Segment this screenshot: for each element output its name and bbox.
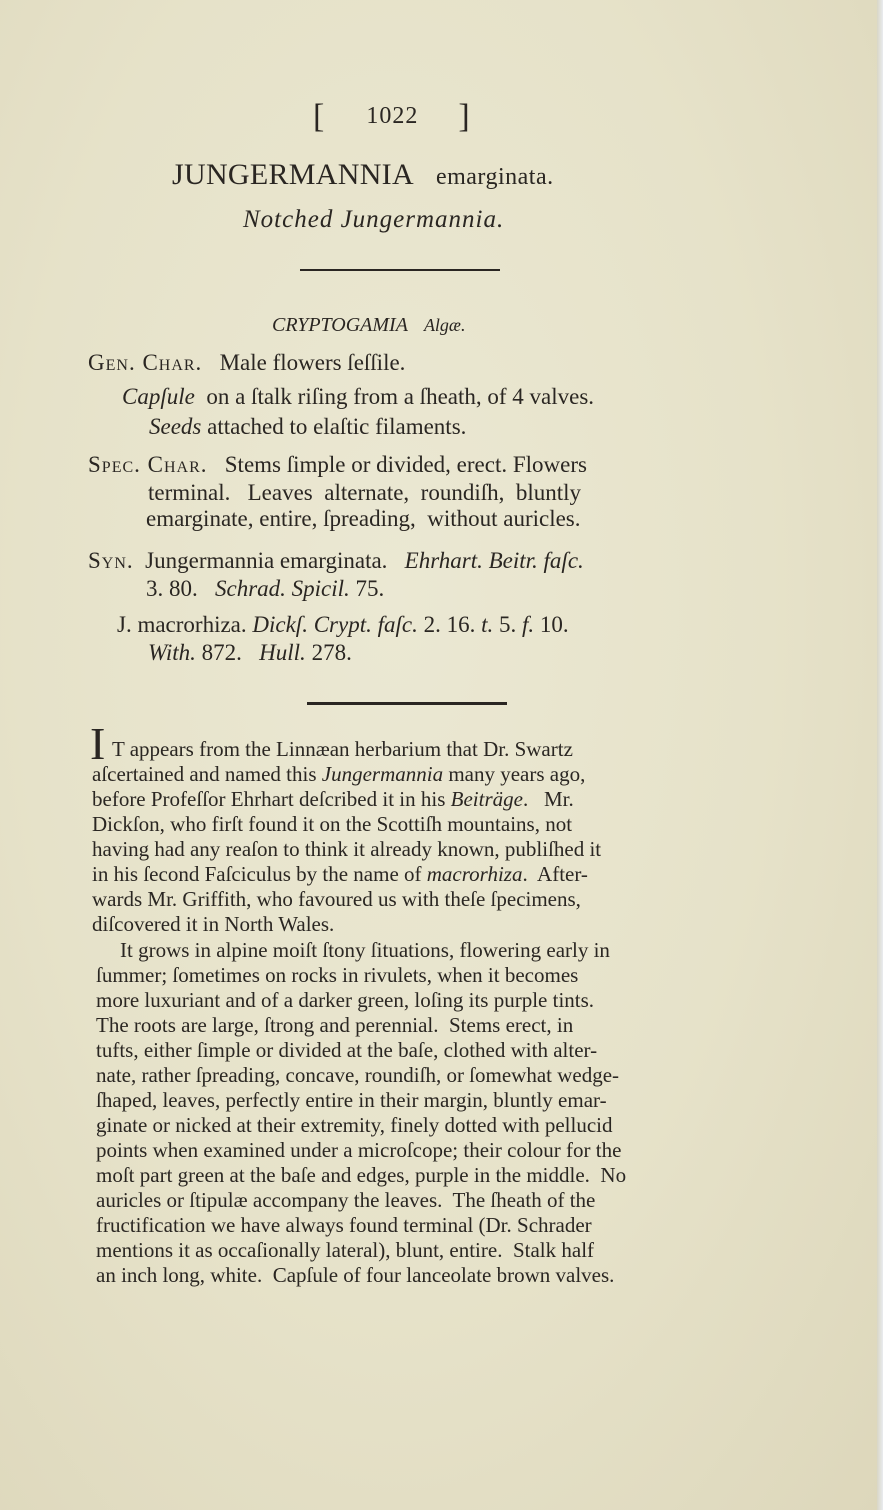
syn-name-3: J. macrorhiza. xyxy=(117,612,247,637)
syn-line-2: 3. 80. Schrad. Spicil. 75. xyxy=(146,576,384,602)
gen-char-line: Gen. Char. Male flowers ſeſſile. xyxy=(88,350,405,376)
para1-line-7: wards Mr. Griffith, who favoured us with… xyxy=(92,887,581,912)
syn-label: Syn. xyxy=(88,548,134,573)
capsule-line: Capſule on a ſtalk riſing from a ſheath,… xyxy=(122,384,594,410)
para1-line-3: before Profeſſor Ehrhart deſcribed it in… xyxy=(92,787,574,812)
page-edge xyxy=(877,0,883,1510)
para1-line-6: in his ſecond Faſciculus by the name of … xyxy=(92,862,588,887)
para2-line-9: points when examined under a microſcope;… xyxy=(96,1138,621,1163)
gen-char-label: Gen. Char. xyxy=(88,350,202,375)
para2-line-2: ſummer; ſometimes on rocks in rivulets, … xyxy=(96,963,578,988)
text: aſcertained and named this xyxy=(92,762,322,786)
with-num: 872. xyxy=(202,640,242,665)
close-bracket: ] xyxy=(458,98,471,135)
seeds-term: Seeds xyxy=(149,414,201,439)
syn-page-2: 75. xyxy=(356,576,385,601)
syn-name-1: Jungermannia emarginata. xyxy=(145,548,387,573)
para1-line-4: Dickſon, who firſt found it on the Scott… xyxy=(92,812,572,837)
para2-line-14: an inch long, white. Capſule of four lan… xyxy=(96,1263,614,1288)
spec-char-text-1: Stems ſimple or divided, erect. Flowers xyxy=(225,452,587,477)
syn-tnum: 5. xyxy=(499,612,516,637)
text: T appears from the Linnæan herbarium tha… xyxy=(112,737,573,761)
italic-term: Jungermannia xyxy=(322,762,443,786)
order-name: Algæ. xyxy=(424,315,466,335)
seeds-line: Seeds attached to elaſtic filaments. xyxy=(149,414,466,440)
para2-line-11: auricles or ſtipulæ accompany the leaves… xyxy=(96,1188,595,1213)
page-number-value: 1022 xyxy=(366,103,418,129)
para1-line-2: aſcertained and named this Jungermannia … xyxy=(92,762,585,787)
class-name: CRYPTOGAMIA xyxy=(272,314,408,336)
common-name: Notched Jungermannia. xyxy=(243,206,504,234)
para1-line-1: T appears from the Linnæan herbarium tha… xyxy=(112,737,573,762)
page-number: [1022] xyxy=(313,98,472,136)
spec-char-line-1: Spec. Char. Stems ſimple or divided, ere… xyxy=(88,452,587,478)
para2-line-6: nate, rather ſpreading, concave, roundiſ… xyxy=(96,1063,619,1088)
capsule-term: Capſule xyxy=(122,384,195,409)
divider-rule-top xyxy=(300,269,500,271)
para2-line-4: The roots are large, ſtrong and perennia… xyxy=(96,1013,573,1038)
syn-line-3: J. macrorhiza. Dickſ. Crypt. faſc. 2. 16… xyxy=(117,612,569,638)
text: many years ago, xyxy=(443,762,585,786)
text: diſcovered it in North Wales. xyxy=(92,912,334,936)
para1-line-5: having had any reaſon to think it alread… xyxy=(92,837,601,862)
spec-char-label: Spec. Char. xyxy=(88,452,208,477)
syn-ref-3: Dickſ. Crypt. faſc. xyxy=(252,612,417,637)
para2-line-7: ſhaped, leaves, perfectly entire in thei… xyxy=(96,1088,607,1113)
para1-line-8: diſcovered it in North Wales. xyxy=(92,912,334,937)
italic-term: macrorhiza xyxy=(427,862,523,886)
syn-nums-3: 2. 16. xyxy=(424,612,476,637)
drop-cap: I xyxy=(90,721,105,767)
text: . Mr. xyxy=(523,787,574,811)
para2-line-13: mentions it as occaſionally lateral), bl… xyxy=(96,1238,594,1263)
text: . After- xyxy=(522,862,587,886)
with-ref: With. xyxy=(148,640,196,665)
syn-ref-1: Ehrhart. Beitr. faſc. xyxy=(405,548,584,573)
syn-ref-2: Schrad. Spicil. xyxy=(215,576,350,601)
italic-term: Beiträge xyxy=(451,787,523,811)
para2-line-8: ginate or nicked at their extremity, fin… xyxy=(96,1113,612,1138)
syn-line-1: Syn. Jungermannia emarginata. Ehrhart. B… xyxy=(88,548,584,574)
hull-num: 278. xyxy=(312,640,352,665)
text: wards Mr. Griffith, who favoured us with… xyxy=(92,887,581,911)
text: having had any reaſon to think it alread… xyxy=(92,837,601,861)
para2-line-3: more luxuriant and of a darker green, lo… xyxy=(96,988,594,1013)
seeds-text: attached to elaſtic filaments. xyxy=(207,414,466,439)
hull-ref: Hull. xyxy=(259,640,306,665)
para2-line-1: It grows in alpine moiſt ſtony ſituation… xyxy=(120,938,610,963)
spec-char-line-2: terminal. Leaves alternate, roundiſh, bl… xyxy=(148,480,581,506)
gen-char-text: Male flowers ſeſſile. xyxy=(220,350,406,375)
para2-line-10: moſt part green at the baſe and edges, p… xyxy=(96,1163,626,1188)
syn-num-2: 3. 80. xyxy=(146,576,198,601)
syn-line-4: With. 872. Hull. 278. xyxy=(148,640,352,666)
syn-fnum: 10. xyxy=(540,612,569,637)
classification: CRYPTOGAMIAAlgæ. xyxy=(272,314,465,337)
text: Dickſon, who firſt found it on the Scott… xyxy=(92,812,572,836)
para2-line-5: tufts, either ſimple or divided at the b… xyxy=(96,1038,597,1063)
species-epithet: emarginata. xyxy=(436,164,554,190)
capsule-text: on a ſtalk riſing from a ſheath, of 4 va… xyxy=(206,384,594,409)
text: in his ſecond Faſciculus by the name of xyxy=(92,862,427,886)
species-title: JUNGERMANNIAemarginata. xyxy=(172,158,554,192)
book-page: [1022] JUNGERMANNIAemarginata. Notched J… xyxy=(0,0,877,1510)
open-bracket: [ xyxy=(313,98,326,135)
para2-line-12: fructification we have always found term… xyxy=(96,1213,592,1238)
syn-t: t. xyxy=(481,612,493,637)
genus-name: JUNGERMANNIA xyxy=(172,158,414,191)
syn-f: f. xyxy=(522,612,534,637)
text: before Profeſſor Ehrhart deſcribed it in… xyxy=(92,787,451,811)
divider-rule-middle xyxy=(307,702,507,705)
spec-char-line-3: emarginate, entire, ſpreading, without a… xyxy=(146,506,581,532)
